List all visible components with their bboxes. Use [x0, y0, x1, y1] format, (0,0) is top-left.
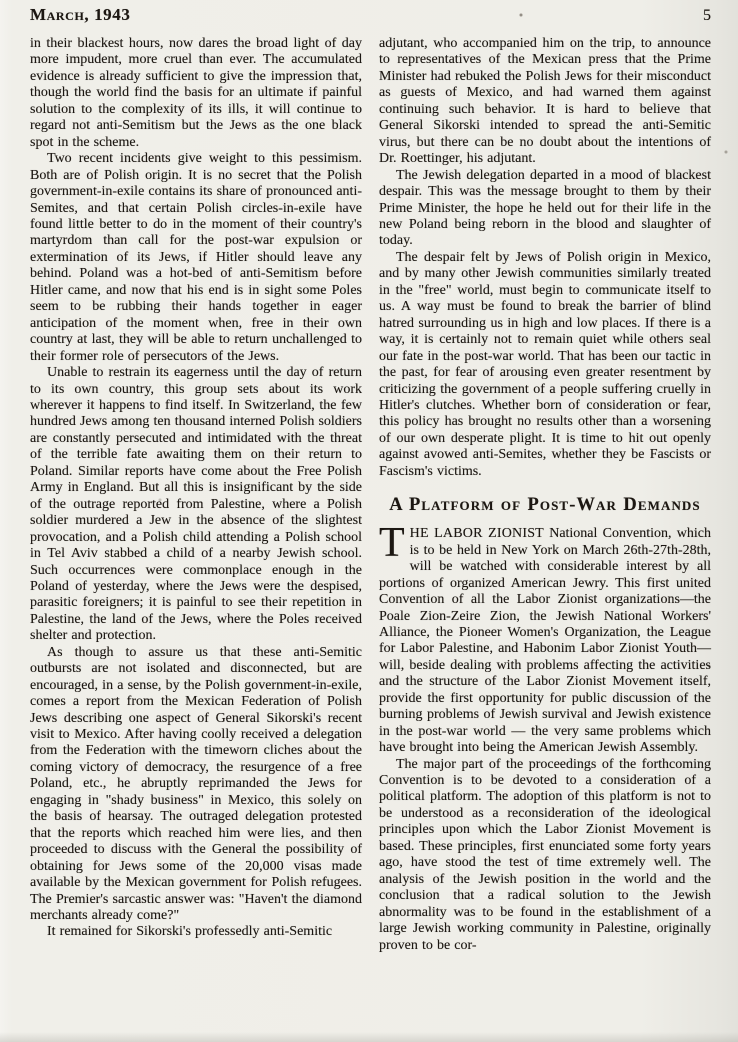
paragraph-text: National Convention, which is to be held…	[379, 526, 711, 755]
paragraph: The Jewish delegation departed in a mood…	[379, 168, 711, 250]
paragraph: Unable to restrain its eagerness until t…	[30, 365, 362, 645]
paragraph: in their blackest hours, now dares the b…	[30, 36, 362, 151]
paragraph: The major part of the proceedings of the…	[379, 757, 711, 954]
section-heading: A Platform of Post-War Demands	[379, 495, 711, 516]
right-column: adjutant, who accompanied him on the tri…	[379, 36, 711, 954]
paragraph-dropcap: THE LABOR ZIONIST National Convention, w…	[379, 526, 711, 756]
lead-in-caps: HE LABOR ZIONIST	[410, 526, 544, 541]
page-inner: March, 1943 5 in their blackest hours, n…	[0, 0, 738, 1042]
paragraph: It remained for Sikorski's professedly a…	[30, 924, 362, 940]
article-body: in their blackest hours, now dares the b…	[30, 36, 711, 954]
paragraph: adjutant, who accompanied him on the tri…	[379, 36, 711, 168]
left-column: in their blackest hours, now dares the b…	[30, 36, 362, 954]
paragraph: Two recent incidents give weight to this…	[30, 151, 362, 365]
drop-cap: T	[379, 526, 410, 559]
paragraph: As though to assure us that these anti-S…	[30, 645, 362, 925]
page-number: 5	[703, 7, 711, 25]
paragraph: The despair felt by Jews of Polish origi…	[379, 250, 711, 480]
issue-date: March, 1943	[30, 5, 130, 25]
page-header: March, 1943 5	[30, 5, 711, 25]
magazine-page: March, 1943 5 in their blackest hours, n…	[0, 0, 738, 1042]
